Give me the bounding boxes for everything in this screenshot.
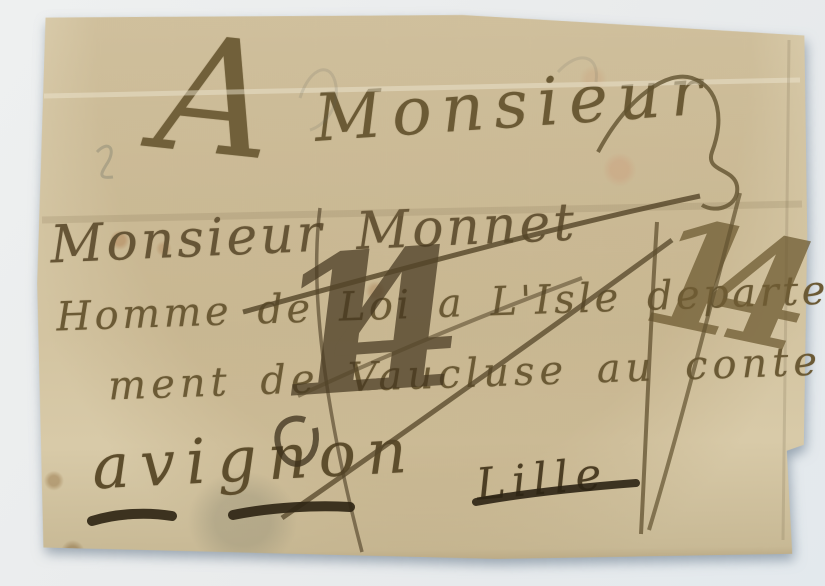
letter-photo: A Monsieur Monsieur Monnet Homme de Loi … [0,0,825,586]
crossed-out-city: Lille [474,452,610,507]
destination-city: avignon [91,420,420,499]
salutation-prefix: A [150,12,282,183]
